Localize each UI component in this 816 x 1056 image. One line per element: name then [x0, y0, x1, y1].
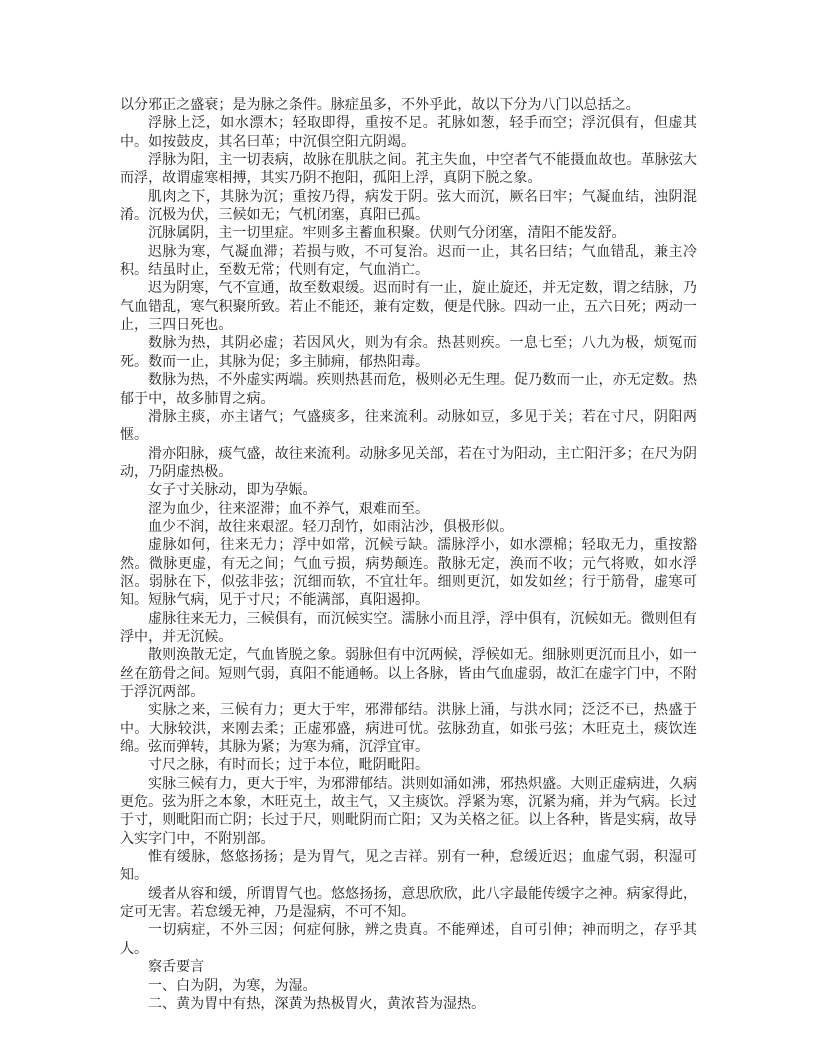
- paragraph: 滑脉主痰，亦主诸气；气盛痰多，往来流利。动脉如豆，多见于关；若在寸尺，阴阳两惬。: [120, 409, 697, 446]
- paragraph: 以分邪正之盛衰；是为脉之条件。脉症虽多，不外乎此，故以下分为八门以总括之。: [120, 97, 697, 115]
- paragraph: 女子寸关脉动，即为孕娠。: [120, 482, 697, 500]
- paragraph: 浮脉上泛，如水漂木；轻取即得，重按不足。芤脉如葱，轻手而空；浮沉俱有，但虚其中。…: [120, 115, 697, 152]
- paragraph: 血少不润，故往来艰涩。轻刀刮竹，如雨沾沙，俱极形似。: [120, 519, 697, 537]
- paragraph: 缓者从容和缓，所谓胃气也。悠悠扬扬，意思欣欣，此八字最能传缓字之神。病家得此，定…: [120, 886, 697, 923]
- document-page: 以分邪正之盛衰；是为脉之条件。脉症虽多，不外乎此，故以下分为八门以总括之。 浮脉…: [0, 0, 816, 1056]
- list-item: 二、黄为胃中有热，深黄为热极胃火，黄浓苔为湿热。: [120, 996, 697, 1014]
- paragraph: 数脉为热，不外虚实两端。疾则热甚而危，极则必无生理。促乃数而一止，亦无定数。热郁…: [120, 372, 697, 409]
- paragraph: 肌肉之下，其脉为沉；重按乃得，病发于阴。弦大而沉，厥名曰牢；气凝血结，浊阴混淆。…: [120, 189, 697, 226]
- paragraph: 实脉之来，三候有力；更大于牢，邪滞郁结。洪脉上涌，与洪水同；泛泛不已，热盛于中。…: [120, 702, 697, 757]
- paragraph: 涩为血少，往来涩滞；血不养气，艰难而至。: [120, 501, 697, 519]
- text-column: 以分邪正之盛衰；是为脉之条件。脉症虽多，不外乎此，故以下分为八门以总括之。 浮脉…: [120, 97, 697, 1014]
- paragraph: 散则涣散无定，气血皆脱之象。弱脉但有中沉两候，浮候如无。细脉则更沉而且小，如一丝…: [120, 647, 697, 702]
- paragraph: 实脉三候有力，更大于牢，为邪滞郁结。洪则如涌如沸，邪热炽盛。大则正虚病进，久病更…: [120, 776, 697, 849]
- paragraph: 迟脉为寒，气凝血滞；若损与败，不可复治。迟而一止，其名曰结；气血错乱，兼主冷积。…: [120, 244, 697, 281]
- paragraph: 迟为阴寒，气不宣通，故至数艰缓。迟而时有一止，旋止旋还，并无定数，谓之结脉，乃气…: [120, 280, 697, 335]
- section-heading: 察舌要言: [120, 959, 697, 977]
- paragraph: 虚脉往来无力，三候俱有，而沉候实空。濡脉小而且浮，浮中俱有，沉候如无。微则但有浮…: [120, 611, 697, 648]
- paragraph: 浮脉为阳，主一切表病，故脉在肌肤之间。芤主失血，中空者气不能摄血故也。革脉弦大而…: [120, 152, 697, 189]
- paragraph: 滑亦阳脉，痰气盛，故往来流利。动脉多见关部，若在寸为阳动，主亡阳汗多；在尺为阴动…: [120, 446, 697, 483]
- paragraph: 一切病症，不外三因；何症何脉，辨之贵真。不能殚述，自可引伸；神而明之，存乎其人。: [120, 922, 697, 959]
- paragraph: 沉脉属阴，主一切里症。牢则多主蓄血积聚。伏则气分闭塞，清阳不能发舒。: [120, 225, 697, 243]
- paragraph: 寸尺之脉，有时而长；过于本位，毗阴毗阳。: [120, 757, 697, 775]
- paragraph: 虚脉如何，往来无力；浮中如常，沉候亏缺。濡脉浮小，如水漂棉；轻取无力，重按豁然。…: [120, 537, 697, 610]
- paragraph: 惟有缓脉，悠悠扬扬；是为胃气，见之吉祥。别有一种，怠缓近迟；血虚气弱，积湿可知。: [120, 849, 697, 886]
- paragraph: 数脉为热，其阴必虚；若因风火，则为有余。热甚则疾。一息七至；八九为极，烦冤而死。…: [120, 335, 697, 372]
- list-item: 一、白为阴，为寒，为湿。: [120, 978, 697, 996]
